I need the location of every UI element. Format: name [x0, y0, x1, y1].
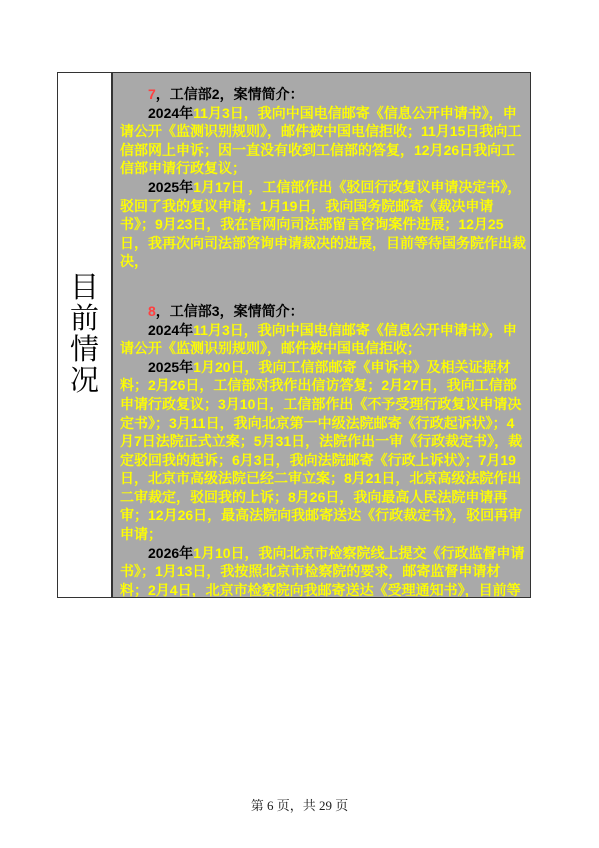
year-text-run: 2024年: [148, 322, 193, 338]
case-heading-text: ，工信部2，案情简介：: [156, 86, 304, 102]
case-paragraph: 2025年1月17日 ，工信部作出《驳回行政复议申请决定书》，驳回了我的复议申请…: [120, 178, 526, 271]
case-number: 8: [148, 303, 156, 319]
year-text-run: 2025年: [148, 359, 193, 375]
year-text-run: 2025年: [148, 179, 193, 195]
case-paragraph: 2024年11月3日，我向中国电信邮寄《信息公开申请书》，申请公开《监测识别规则…: [120, 321, 526, 358]
case-section-heading: 8，工信部3，案情简介：: [120, 302, 526, 321]
year-text-run: 2026年: [148, 545, 193, 561]
page-number: 第 6 页，共 29 页: [0, 795, 599, 814]
status-table: 目前情况 7，工信部2，案情简介：2024年11月3日，我向中国电信邮寄《信息公…: [57, 72, 531, 598]
case-section-heading: 7，工信部2，案情简介：: [120, 85, 526, 104]
case-heading-text: ，工信部3，案情简介：: [156, 303, 304, 319]
case-content-cell: 7，工信部2，案情简介：2024年11月3日，我向中国电信邮寄《信息公开申请书》…: [113, 73, 530, 597]
row-header-char: 前: [70, 304, 99, 335]
case-number: 7: [148, 86, 156, 102]
row-header-char: 况: [70, 366, 99, 397]
row-header-cell: 目前情况: [58, 73, 113, 597]
row-header-char: 情: [70, 335, 99, 366]
row-header-char: 目: [70, 273, 99, 304]
case-paragraph: 2024年11月3日，我向中国电信邮寄《信息公开申请书》，申请公开《监测识别规则…: [120, 104, 526, 178]
highlighted-text-run: 1月20日，我向工信部邮寄《申诉书》及相关证据材料；2月26日，工信部对我作出信…: [120, 359, 522, 542]
case-section: 7，工信部2，案情简介：2024年11月3日，我向中国电信邮寄《信息公开申请书》…: [120, 85, 526, 271]
case-section: 8，工信部3，案情简介：2024年11月3日，我向中国电信邮寄《信息公开申请书》…: [120, 302, 526, 597]
row-header-label: 目前情况: [70, 273, 99, 397]
case-paragraph: 2026年1月10日，我向北京市检察院线上提交《行政监督申请书》；1月13日，我…: [120, 544, 526, 597]
document-page: 目前情况 7，工信部2，案情简介：2024年11月3日，我向中国电信邮寄《信息公…: [0, 0, 599, 848]
case-paragraph: 2025年1月20日，我向工信部邮寄《申诉书》及相关证据材料；2月26日，工信部…: [120, 358, 526, 544]
year-text-run: 2024年: [148, 105, 193, 121]
